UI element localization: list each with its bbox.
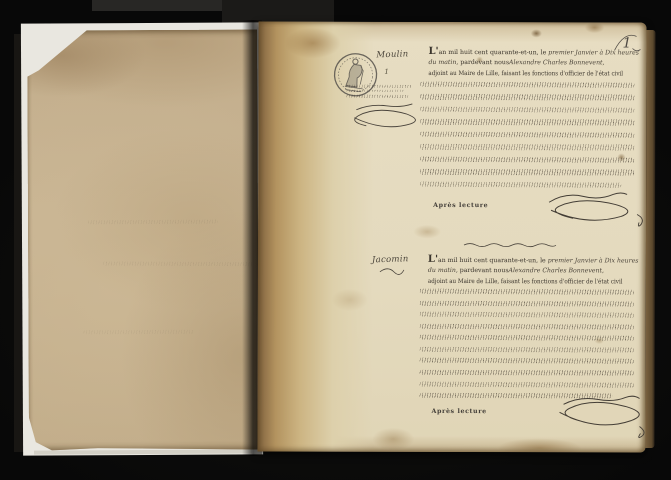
margin-name: Jacomin: [372, 254, 409, 265]
act-opening-line: du matin, pardevant nous Alexandre Charl…: [428, 265, 644, 277]
act-opening-line: du matin, pardevant nous Alexandre Charl…: [428, 57, 644, 69]
entry-record-1: Moulin 1 L'an mil huit cent quarante-et-…: [258, 43, 647, 236]
act-opening-line: adjoint au Maire de Lille, faisant les f…: [428, 276, 622, 288]
closing-phrase: Après lecture: [433, 202, 488, 209]
entry-record-2: Jacomin L'an mil huit cent quarante-et-u…: [257, 251, 646, 452]
left-page-blank: [27, 30, 259, 451]
margin-number: 1: [384, 68, 388, 76]
closing-phrase: Après lecture: [432, 408, 487, 415]
margin-paraph-flourish: [378, 266, 406, 278]
signature-flourish: [555, 390, 659, 442]
act-opening-line: L'an mil huit cent quarante-et-un, le pr…: [428, 254, 644, 266]
ink-bleedthrough: [103, 262, 253, 267]
act-body-script: [420, 289, 634, 405]
right-page-register: 1 Moulin 1 L': [257, 21, 646, 452]
signature-flourish: [545, 184, 649, 230]
ink-bleedthrough: [88, 220, 218, 225]
page-block-edge: [645, 30, 655, 448]
ink-bleedthrough: [83, 330, 193, 334]
margin-signature-flourish: [350, 96, 422, 136]
photo-backdrop: 1 Moulin 1 L': [0, 0, 671, 480]
act-body-script: [420, 82, 634, 195]
entry-separator: [462, 241, 558, 248]
margin-name: Moulin: [376, 49, 408, 60]
act-opening-line: adjoint au Maire de Lille, faisant les f…: [428, 68, 622, 80]
act-opening-line: L'an mil huit cent quarante-et-un, le pr…: [428, 46, 644, 58]
